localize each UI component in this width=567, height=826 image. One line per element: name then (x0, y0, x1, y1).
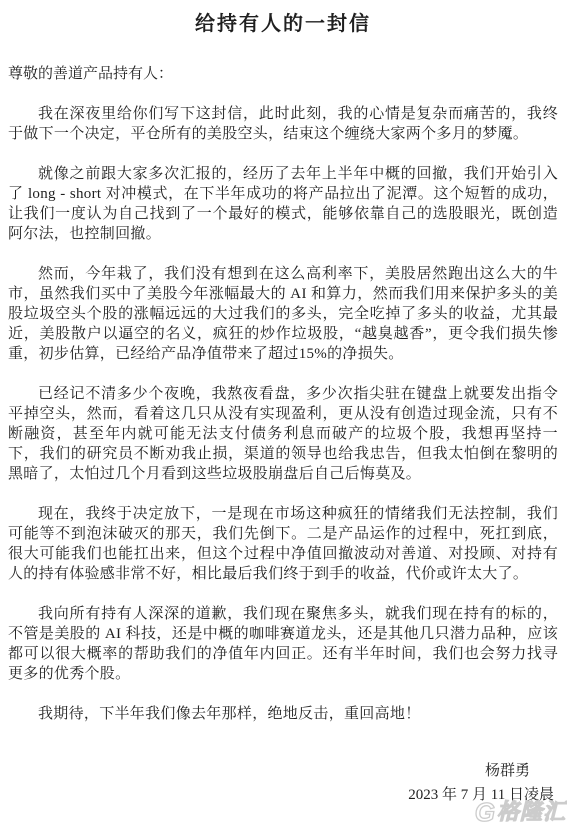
letter-title: 给持有人的一封信 (8, 10, 558, 38)
signature-block: 杨群勇 2023 年 7 月 11 日凌晨 (8, 760, 558, 806)
letter-greeting: 尊敬的善道产品持有人： (8, 64, 558, 84)
letter-paragraph-5: 现在，我终于决定放下，一是现在市场这种疯狂的情绪我们无法控制，我们可能等不到泡沫… (8, 504, 558, 584)
letter-paragraph-1: 我在深夜里给你们写下这封信，此时此刻，我的心情是复杂而痛苦的，我终于做下一个决定… (8, 104, 558, 144)
letter-paragraph-7: 我期待，下半年我们像去年那样，绝地反击，重回高地！ (8, 704, 558, 724)
signature-name: 杨群勇 (8, 760, 558, 782)
letter-paragraph-6: 我向所有持有人深深的道歉，我们现在聚焦多头，就我们现在持有的标的，不管是美股的 … (8, 604, 558, 684)
letter-paragraph-4: 已经记不清多少个夜晚，我熬夜看盘，多少次指尖驻在键盘上就要发出指令平掉空头，然而… (8, 384, 558, 484)
letter-paragraph-2: 就像之前跟大家多次汇报的，经历了去年上半年中概的回撤，我们开始引入了 long … (8, 164, 558, 244)
letter-page: 给持有人的一封信 尊敬的善道产品持有人： 我在深夜里给你们写下这封信，此时此刻，… (0, 0, 567, 826)
signature-date: 2023 年 7 月 11 日凌晨 (8, 784, 558, 806)
letter-paragraph-3: 然而，今年栽了，我们没有想到在这么高利率下，美股居然跑出这么大的牛市，虽然我们买… (8, 264, 558, 364)
